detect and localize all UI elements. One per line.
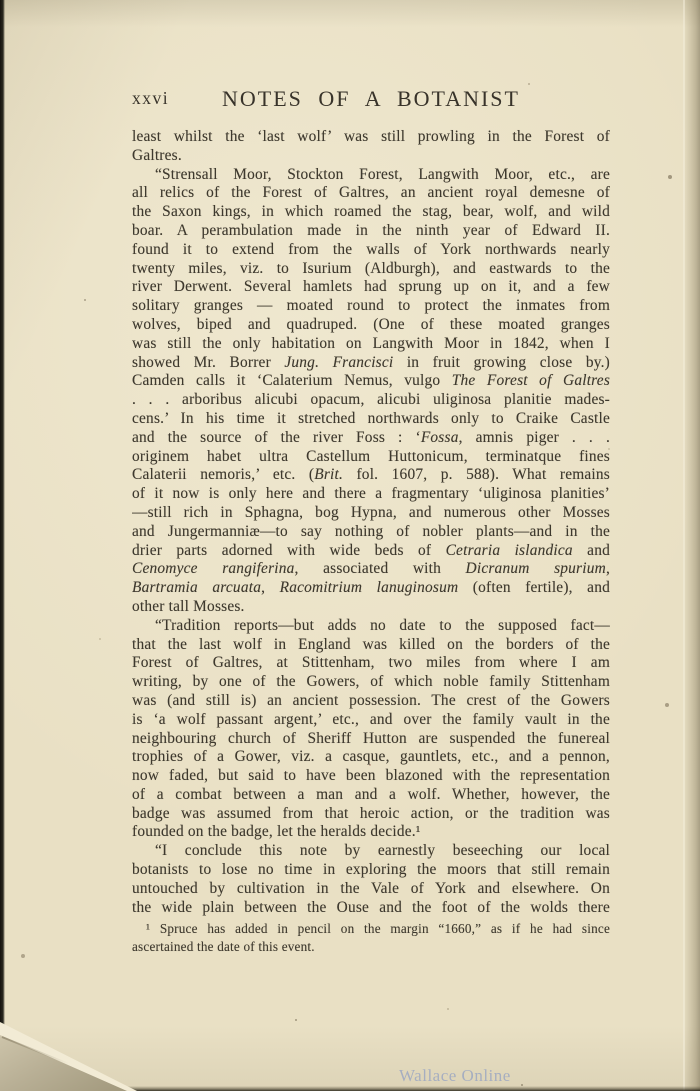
text-segment: badge was assumed from that heroic actio… [132, 805, 610, 822]
text-segment: and Jungermanniæ—to say nothing of noble… [132, 523, 610, 540]
italic-text-segment: Brit. [314, 466, 343, 483]
text-segment: writing, by one of the Gowers, of which … [132, 673, 610, 690]
italic-text-segment: Jung. Francisci [284, 354, 393, 371]
italic-text-segment: Cenomyce rangiferina [132, 560, 295, 577]
text-line: solitary granges — moated round to prote… [132, 297, 610, 316]
scanned-book-page: xxvi NOTES OF A BOTANIST least whilst th… [0, 0, 700, 1091]
text-line: wolves, biped and quadruped. (One of the… [132, 316, 610, 335]
text-segment: showed Mr. Borrer [132, 354, 284, 371]
text-line: all relics of the Forest of Galtres, an … [132, 184, 610, 203]
text-line: Bartramia arcuata, Racomitrium lanuginos… [132, 579, 610, 598]
text-segment: cens.’ In his time it stretched northwar… [132, 410, 610, 427]
text-segment: untouched by cultivation in the Vale of … [132, 880, 610, 897]
body-text: least whilst the ‘last wolf’ was still p… [132, 128, 610, 917]
page-edge-right-highlight [683, 0, 685, 1091]
text-segment: Calaterii nemoris,’ etc. ( [132, 466, 314, 483]
text-line: writing, by one of the Gowers, of which … [132, 673, 610, 692]
text-segment: all relics of the Forest of Galtres, an … [132, 184, 610, 201]
text-segment: Galtres. [132, 147, 182, 164]
running-title: NOTES OF A BOTANIST [132, 86, 610, 112]
text-line: now faded, but said to have been blazone… [132, 767, 610, 786]
text-line: Camden calls it ‘Calaterium Nemus, vulgo… [132, 372, 610, 391]
text-segment: , [261, 579, 280, 596]
text-segment: the wide plain between the Ouse and the … [132, 899, 610, 916]
text-line: Calaterii nemoris,’ etc. (Brit. fol. 160… [132, 466, 610, 485]
text-segment: founded on the badge, let the heralds de… [132, 823, 421, 840]
text-line: boar. A perambulation made in the ninth … [132, 222, 610, 241]
text-segment: originem habet ultra Castellum Huttonicu… [132, 448, 610, 465]
text-line: was still the only habitation on Langwit… [132, 335, 610, 354]
page-edge-bottom [58, 1086, 700, 1091]
text-segment: least whilst the ‘last wolf’ was still p… [132, 128, 610, 145]
text-line: Cenomyce rangiferina, associated with Di… [132, 560, 610, 579]
text-segment: wolves, biped and quadruped. (One of the… [132, 316, 610, 333]
text-line: and Jungermanniæ—to say nothing of noble… [132, 523, 610, 542]
text-line: least whilst the ‘last wolf’ was still p… [132, 128, 610, 147]
text-line: ascertained the date of this event. [132, 938, 610, 956]
text-segment: the Saxon kings, in which roamed the sta… [132, 203, 610, 220]
text-segment: “I conclude this note by earnestly besee… [155, 842, 610, 859]
text-line: botanists to lose no time in exploring t… [132, 861, 610, 880]
text-segment: and [573, 542, 610, 559]
text-segment: of it now is only here and there a fragm… [132, 485, 610, 502]
text-line: originem habet ultra Castellum Huttonicu… [132, 448, 610, 467]
text-segment: was still the only habitation on Langwit… [132, 335, 610, 352]
text-segment: solitary granges — moated round to prote… [132, 297, 610, 314]
text-line: the wide plain between the Ouse and the … [132, 899, 610, 918]
text-line: was (and still is) an ancient possession… [132, 692, 610, 711]
text-segment: fol. 1607, p. 588). What remains [343, 466, 610, 483]
text-segment: was (and still is) an ancient possession… [132, 692, 610, 709]
text-segment: . . . arboribus alicubi opacum, alicubi … [132, 391, 610, 408]
text-line: river Derwent. Several hamlets had sprun… [132, 278, 610, 297]
italic-text-segment: Cetraria islandica [446, 542, 573, 559]
watermark-text: Wallace Online [399, 1066, 511, 1086]
italic-text-segment: Dicranum spurium [466, 560, 606, 577]
text-segment: ¹ Spruce has added in pencil on the marg… [146, 921, 610, 936]
text-segment: drier parts adorned with wide beds of [132, 542, 446, 559]
text-segment: of a combat between a man and a wolf. Wh… [132, 786, 610, 803]
text-line: that the last wolf in England was killed… [132, 636, 610, 655]
text-line: Forest of Galtres, at Stittenham, two mi… [132, 654, 610, 673]
text-line: is ‘a wolf passant argent,’ etc., and ov… [132, 711, 610, 730]
text-line: ¹ Spruce has added in pencil on the marg… [132, 920, 610, 938]
text-segment: trophies of a Gower, viz. a casque, gaun… [132, 748, 610, 765]
text-segment: and the source of the river Foss : ‘ [132, 429, 421, 446]
text-line: and the source of the river Foss : ‘Foss… [132, 429, 610, 448]
text-segment: ascertained the date of this event. [132, 939, 315, 954]
text-line: the Saxon kings, in which roamed the sta… [132, 203, 610, 222]
page-edge-left [0, 0, 5, 1028]
text-segment: Forest of Galtres, at Stittenham, two mi… [132, 654, 610, 671]
text-segment: neighbouring church of Sheriff Hutton ar… [132, 730, 610, 747]
italic-text-segment: Bartramia arcuata [132, 579, 261, 596]
text-segment: Camden calls it ‘Calaterium Nemus, vulgo [132, 372, 452, 389]
text-segment: now faded, but said to have been blazone… [132, 767, 610, 784]
text-line: . . . arboribus alicubi opacum, alicubi … [132, 391, 610, 410]
text-line: founded on the badge, let the heralds de… [132, 823, 610, 842]
text-line: of it now is only here and there a fragm… [132, 485, 610, 504]
text-segment: found it to extend from the walls of Yor… [132, 241, 610, 258]
text-segment: , amnis piger . . . [459, 429, 610, 446]
italic-text-segment: Fossa [421, 429, 459, 446]
text-line: other tall Mosses. [132, 598, 610, 617]
text-line: —still rich in Sphagna, bog Hypna, and n… [132, 504, 610, 523]
text-line: “Strensall Moor, Stockton Forest, Langwi… [132, 166, 610, 185]
text-line: showed Mr. Borrer Jung. Francisci in fru… [132, 354, 610, 373]
text-segment: botanists to lose no time in exploring t… [132, 861, 610, 878]
text-segment: in fruit growing close by.) [393, 354, 610, 371]
text-line: badge was assumed from that heroic actio… [132, 805, 610, 824]
text-line: cens.’ In his time it stretched northwar… [132, 410, 610, 429]
text-line: drier parts adorned with wide beds of Ce… [132, 542, 610, 561]
text-segment: that the last wolf in England was killed… [132, 636, 610, 653]
text-line: Galtres. [132, 147, 610, 166]
text-line: found it to extend from the walls of Yor… [132, 241, 610, 260]
text-segment: (often fertile), and [458, 579, 610, 596]
text-segment: river Derwent. Several hamlets had sprun… [132, 278, 610, 295]
italic-text-segment: Racomitrium lanuginosum [280, 579, 459, 596]
text-segment: other tall Mosses. [132, 598, 245, 615]
text-segment: —still rich in Sphagna, bog Hypna, and n… [132, 504, 610, 521]
text-line: of a combat between a man and a wolf. Wh… [132, 786, 610, 805]
text-segment: twenty miles, viz. to Isurium (Aldburgh)… [132, 260, 610, 277]
footnote: ¹ Spruce has added in pencil on the marg… [132, 920, 610, 955]
text-segment: is ‘a wolf passant argent,’ etc., and ov… [132, 711, 610, 728]
text-segment: , [606, 560, 610, 577]
text-line: trophies of a Gower, viz. a casque, gaun… [132, 748, 610, 767]
page-edge-right [683, 0, 700, 1091]
text-line: neighbouring church of Sheriff Hutton ar… [132, 730, 610, 749]
text-line: “Tradition reports—but adds no date to t… [132, 617, 610, 636]
text-segment: “Tradition reports—but adds no date to t… [155, 617, 610, 634]
italic-text-segment: The Forest of Galtres [452, 372, 610, 389]
text-segment: boar. A perambulation made in the ninth … [132, 222, 610, 239]
text-line: twenty miles, viz. to Isurium (Aldburgh)… [132, 260, 610, 279]
text-segment: “Strensall Moor, Stockton Forest, Langwi… [155, 166, 610, 183]
text-line: untouched by cultivation in the Vale of … [132, 880, 610, 899]
text-line: “I conclude this note by earnestly besee… [132, 842, 610, 861]
text-segment: , associated with [295, 560, 466, 577]
